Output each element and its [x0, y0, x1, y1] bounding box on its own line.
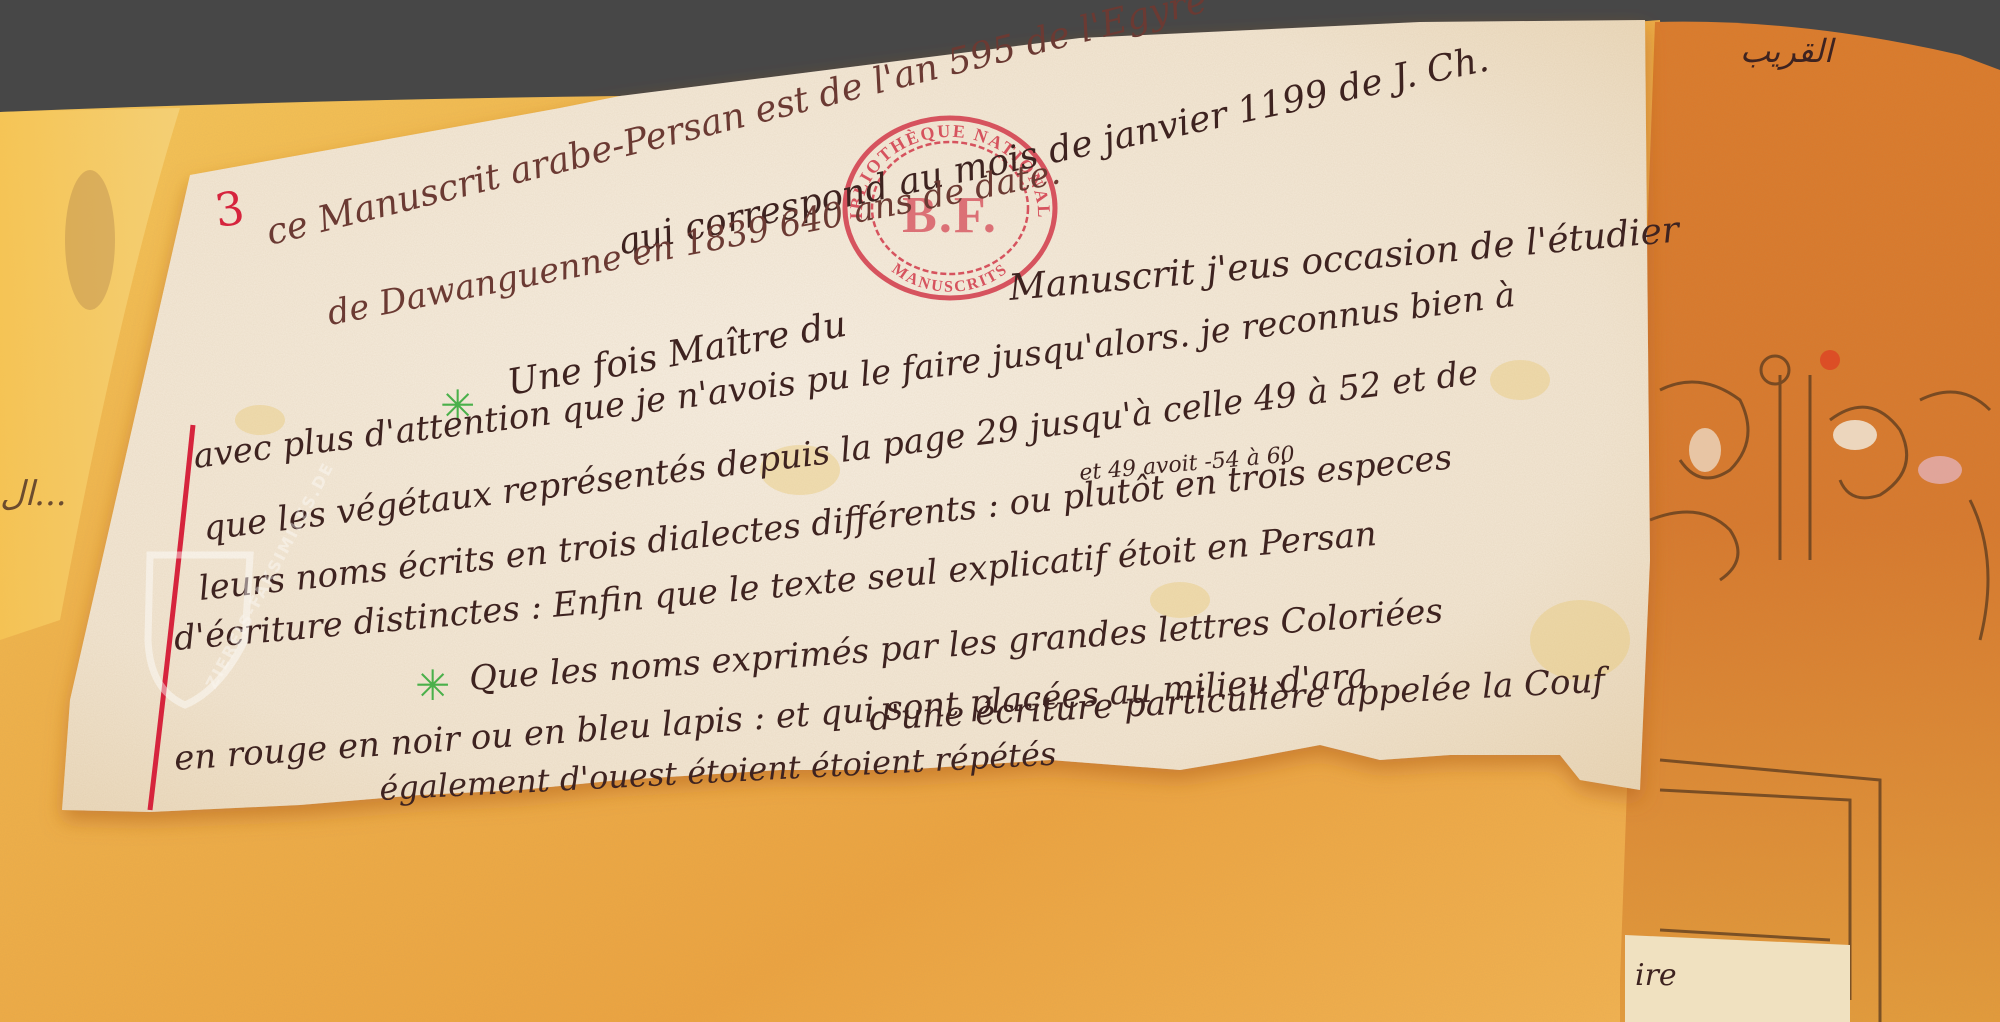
green-cross-mark: ✳ [415, 661, 450, 710]
ornamented-page: القريب ire [1620, 22, 2000, 1022]
manuscript-photo: ال... القريب ire [0, 0, 2000, 1022]
right-page-header-script: القريب [1740, 32, 1836, 70]
left-margin-script: ال... [0, 474, 67, 514]
svg-text:ire: ire [1635, 958, 1677, 993]
